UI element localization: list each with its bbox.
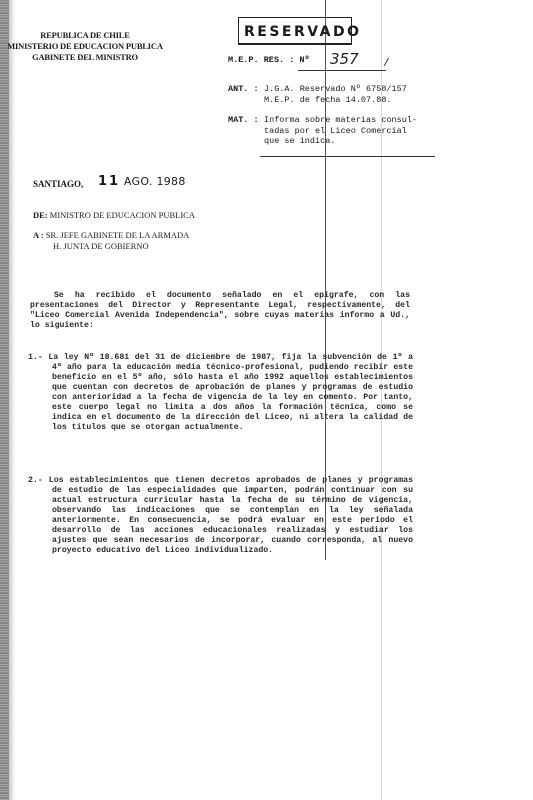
to-block: A : SR. JEFE GABINETE DE LA ARMADA H. JU…	[33, 230, 189, 252]
antecedent-label: ANT. :	[228, 84, 264, 95]
matter-rule	[260, 156, 435, 157]
to-line-2: H. JUNTA DE GOBIERNO	[33, 241, 189, 252]
antecedent-line-1: J.G.A. Reservado Nº 6758/157	[264, 84, 407, 95]
date-stamp: 11 AGO. 1988	[98, 174, 186, 189]
matter-line-1: Informa sobre materias consul-	[264, 115, 417, 126]
antecedent-line-2: M.E.P. de fecha 14.07.88.	[264, 95, 407, 106]
resolution-label: M.E.P. RES. : Nº	[228, 55, 310, 65]
scan-edge-gradient	[9, 0, 15, 800]
from-label: DE:	[33, 210, 48, 220]
point-2-paragraph: 2.- Los establecimientos que tienen decr…	[28, 476, 413, 556]
matter-block: MAT. : Informa sobre materias consul- ta…	[228, 115, 417, 147]
antecedent-block: ANT. : J.G.A. Reservado Nº 6758/157 M.E.…	[228, 84, 407, 105]
resolution-number: 357	[330, 50, 359, 68]
matter-line-3: que se indica.	[264, 136, 417, 147]
scan-edge-shadow	[0, 0, 9, 800]
intro-paragraph: Se ha recibido el documento señalado en …	[30, 291, 410, 331]
from-value: MINISTRO DE EDUCACION PUBLICA	[50, 210, 195, 220]
matter-line-2: tadas por el Liceo Comercial	[264, 126, 417, 137]
resolution-slash: /	[383, 58, 390, 70]
point-1-paragraph: 1.- La ley Nº 18.681 del 31 de diciembre…	[28, 353, 413, 433]
letterhead-office: GABINETE DEL MINISTRO	[0, 52, 170, 63]
to-line-1: SR. JEFE GABINETE DE LA ARMADA	[46, 230, 190, 240]
resolution-underline	[298, 70, 386, 71]
letterhead: REPUBLICA DE CHILE MINISTERIO DE EDUCACI…	[0, 30, 170, 63]
letterhead-ministry: MINISTERIO DE EDUCACION PUBLICA	[0, 41, 170, 52]
date-month-year: AGO. 1988	[124, 175, 186, 188]
date-city: SANTIAGO,	[33, 179, 83, 189]
from-line: DE: MINISTRO DE EDUCACION PUBLICA	[33, 210, 195, 221]
date-day: 11	[98, 174, 120, 189]
matter-label: MAT. :	[228, 115, 264, 126]
letterhead-country: REPUBLICA DE CHILE	[0, 30, 170, 41]
to-label: A :	[33, 230, 44, 240]
reserved-stamp: RESERVADO	[238, 17, 352, 45]
